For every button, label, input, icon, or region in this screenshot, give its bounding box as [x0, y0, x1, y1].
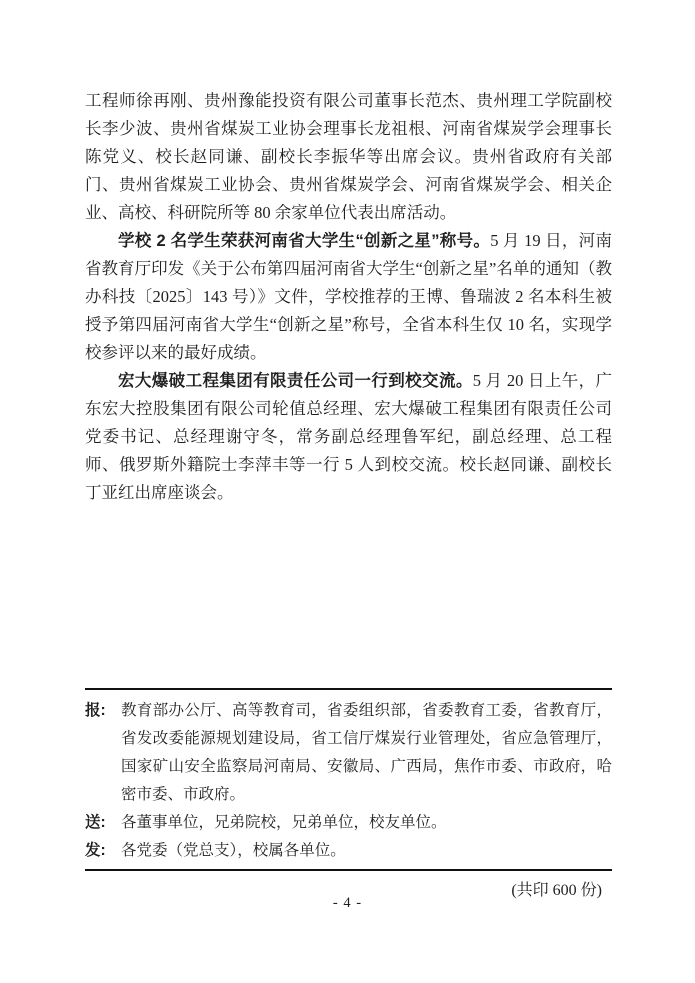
distribution-label: 送: — [85, 809, 121, 837]
page-number: - 4 - — [0, 895, 695, 912]
distribution-text: 教育部办公厅、高等教育司，省委组织部，省委教育工委，省教育厅，省发改委能源规划建… — [121, 697, 612, 809]
distribution-text: 各党委（党总支），校属各单位。 — [121, 837, 612, 865]
paragraph-company-visit: 宏大爆破工程集团有限责任公司一行到校交流。5 月 20 日上午，广东宏大控股集团… — [85, 367, 612, 507]
distribution-text: 各董事单位，兄弟院校，兄弟单位，校友单位。 — [121, 809, 612, 837]
paragraph-lead: 学校 2 名学生荣获河南省大学生“创新之星”称号。 — [118, 232, 490, 250]
distribution-row-issue: 发: 各党委（党总支），校属各单位。 — [85, 837, 612, 865]
distribution-label: 报: — [85, 697, 121, 725]
distribution-block: 报: 教育部办公厅、高等教育司，省委组织部，省委教育工委，省教育厅，省发改委能源… — [85, 688, 612, 905]
document-body: 工程师徐再刚、贵州豫能投资有限公司董事长范杰、贵州理工学院副校长李少波、贵州省煤… — [85, 87, 612, 507]
paragraph-innovation-star: 学校 2 名学生荣获河南省大学生“创新之星”称号。5 月 19 日，河南省教育厅… — [85, 227, 612, 367]
paragraph-text: 5 月 20 日上午，广东宏大控股集团有限公司轮值总经理、宏大爆破工程集团有限责… — [85, 371, 612, 502]
document-page: 工程师徐再刚、贵州豫能投资有限公司董事长范杰、贵州理工学院副校长李少波、贵州省煤… — [0, 0, 695, 983]
paragraph-text: 工程师徐再刚、贵州豫能投资有限公司董事长范杰、贵州理工学院副校长李少波、贵州省煤… — [85, 91, 612, 222]
distribution-row-report: 报: 教育部办公厅、高等教育司，省委组织部，省委教育工委，省教育厅，省发改委能源… — [85, 697, 612, 809]
paragraph-continuation: 工程师徐再刚、贵州豫能投资有限公司董事长范杰、贵州理工学院副校长李少波、贵州省煤… — [85, 87, 612, 227]
paragraph-lead: 宏大爆破工程集团有限责任公司一行到校交流。 — [118, 372, 473, 390]
distribution-row-send: 送: 各董事单位，兄弟院校，兄弟单位，校友单位。 — [85, 809, 612, 837]
paragraph-text: 5 月 19 日，河南省教育厅印发《关于公布第四届河南省大学生“创新之星”名单的… — [85, 231, 612, 362]
distribution-label: 发: — [85, 837, 121, 865]
distribution-list: 报: 教育部办公厅、高等教育司，省委组织部，省委教育工委，省教育厅，省发改委能源… — [85, 688, 612, 871]
